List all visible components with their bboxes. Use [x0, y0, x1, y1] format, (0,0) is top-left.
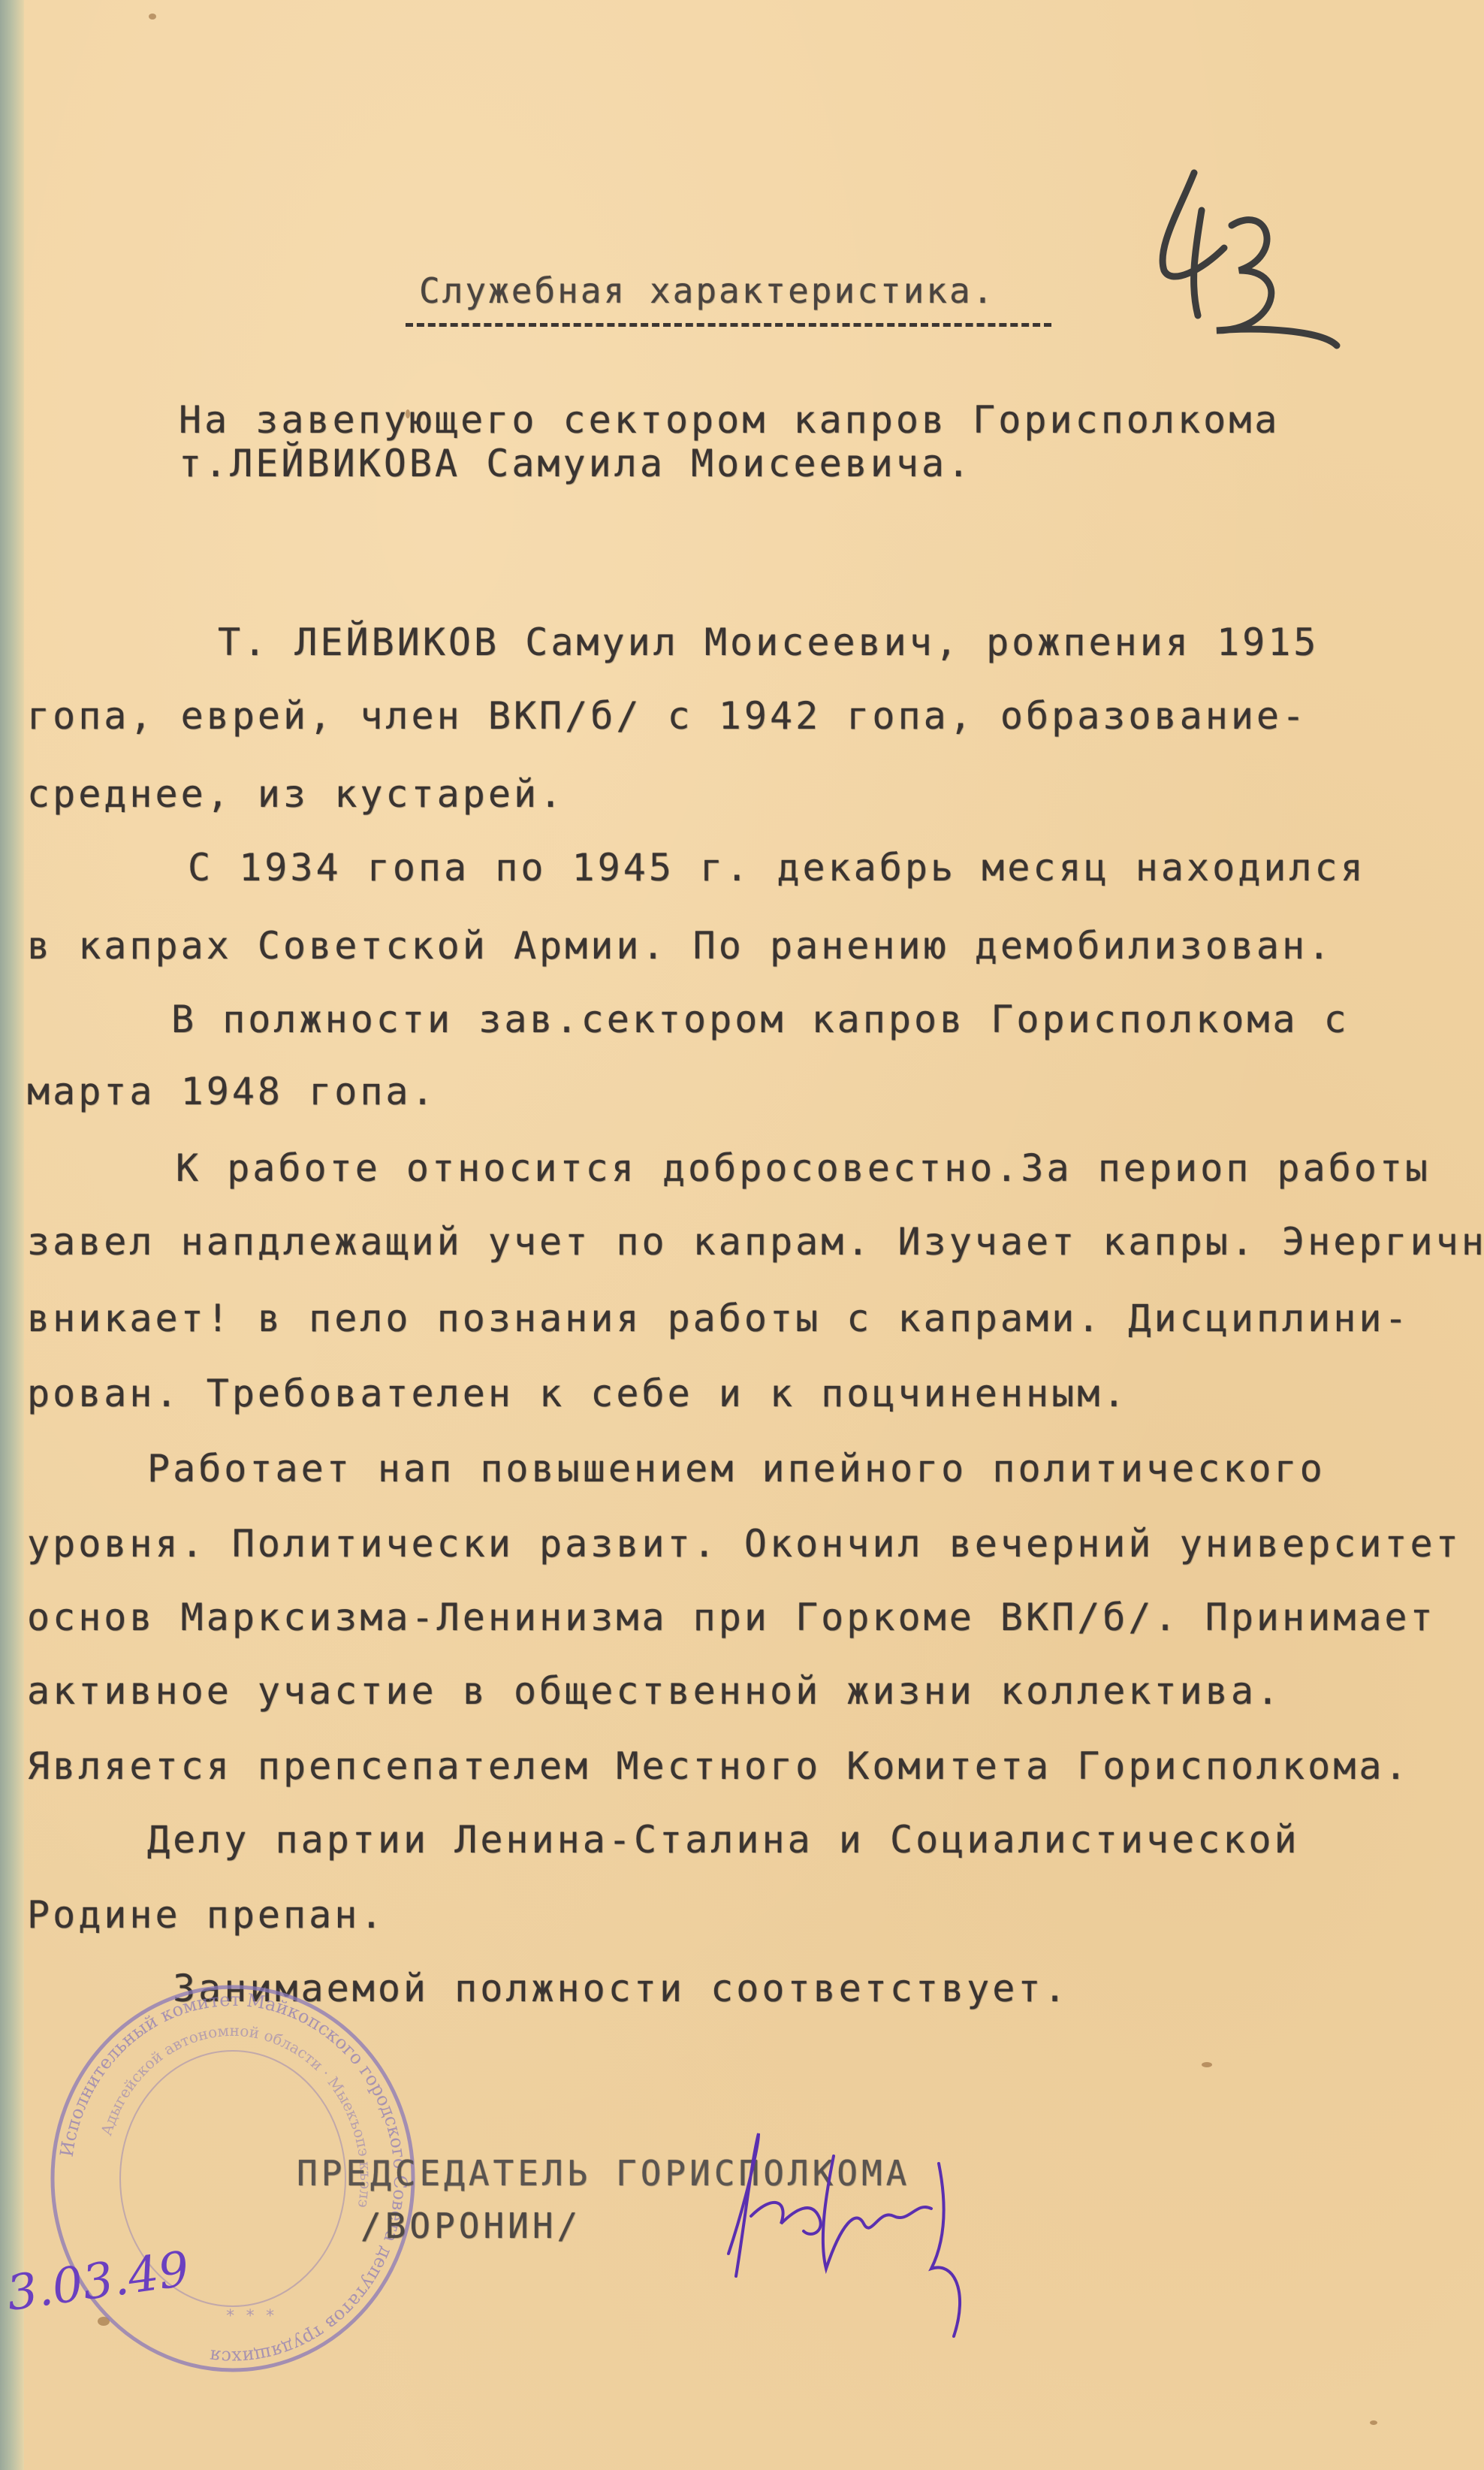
- paper-speck: [1202, 2062, 1212, 2067]
- addressee-line-1: На завепующего сектором капров Горисполк…: [179, 401, 1280, 439]
- signatory-name: /ВОРОНИН/: [360, 2209, 581, 2243]
- body-line: В полжности зав.сектором капров Гориспол…: [171, 1001, 1350, 1038]
- body-line: Является препсепателем Местного Комитета…: [27, 1747, 1410, 1785]
- handwritten-signature: [706, 2118, 1021, 2344]
- handwritten-page-number: [1149, 158, 1374, 368]
- paper-speck: [1370, 2420, 1377, 2425]
- body-line: Т. ЛЕЙВИКОВ Самуил Моисеевич, рожпения 1…: [218, 624, 1319, 661]
- paper-speck: [149, 14, 156, 20]
- scan-edge: [0, 0, 24, 2470]
- handwritten-date: 3.03.49: [0, 2231, 195, 2344]
- body-line: гопа, еврей, член ВКП/б/ с 1942 гопа, об…: [27, 697, 1308, 735]
- addressee-line-2: т.ЛЕЙВИКОВА Самуила Моисеевича.: [179, 445, 973, 482]
- body-line: Родине препан.: [27, 1896, 385, 1934]
- body-line: Работает нап повышением ипейного политич…: [147, 1450, 1326, 1487]
- body-line: уровня. Политически развит. Окончил вече…: [27, 1525, 1461, 1563]
- body-line: в капрах Советской Армии. По ранению дем…: [27, 927, 1333, 965]
- body-line: основ Марксизма-Ленинизма при Горкоме ВК…: [27, 1599, 1436, 1636]
- body-line: Делу партии Ленина-Сталина и Социалистич…: [147, 1821, 1300, 1859]
- document-title: Служебная характеристика.: [419, 273, 995, 308]
- body-line: вникает! в пело познания работы с капрам…: [27, 1300, 1410, 1337]
- body-line: марта 1948 гопа.: [27, 1073, 437, 1110]
- body-line: рован. Требователен к себе и к поцчиненн…: [27, 1375, 1128, 1412]
- body-line: К работе относится добросовестно.За пери…: [176, 1149, 1431, 1187]
- title-underline: [406, 323, 1051, 327]
- svg-text:3.03.49: 3.03.49: [3, 2242, 192, 2322]
- body-line: С 1934 гопа по 1945 г. декабрь месяц нах…: [188, 849, 1366, 886]
- body-line: активное участие в общественной жизни ко…: [27, 1672, 1282, 1710]
- body-line: среднее, из кустарей.: [27, 775, 565, 813]
- body-line: завел напдлежащий учет по капрам. Изучае…: [27, 1223, 1484, 1261]
- svg-text:* * *: * * *: [225, 2307, 275, 2326]
